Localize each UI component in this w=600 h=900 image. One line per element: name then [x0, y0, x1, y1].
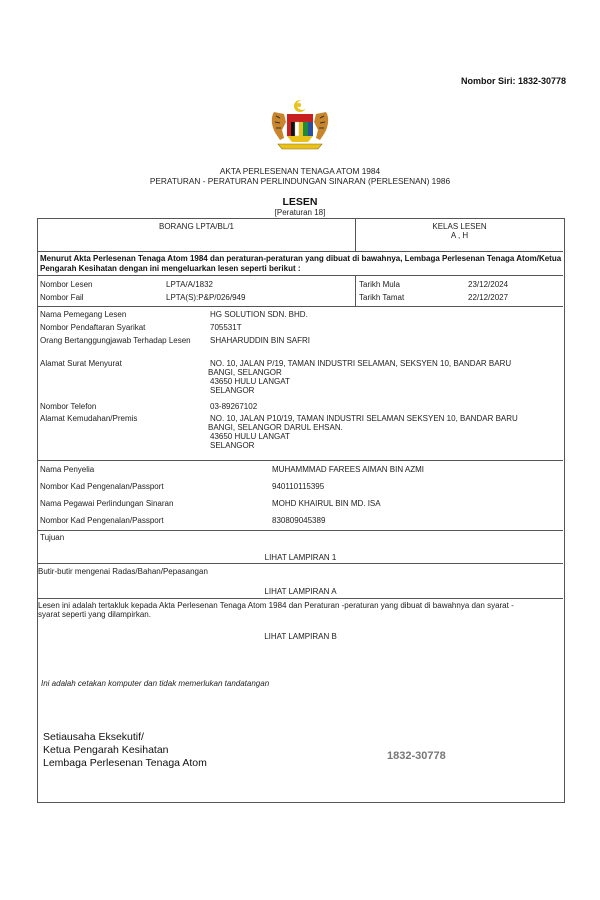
end-date-label: Tarikh Tamat	[359, 293, 404, 302]
holder-name-value: HG SOLUTION SDN. BHD.	[210, 310, 308, 319]
license-class-value: A , H	[356, 231, 563, 240]
serial-stamp: 1832-30778	[387, 750, 446, 762]
rpo-label: Nama Pegawai Perlindungan Sinaran	[40, 499, 173, 508]
conditions-text: Lesen ini adalah tertakluk kepada Akta P…	[38, 601, 514, 610]
phone-value: 03-89267102	[210, 402, 257, 411]
company-reg-value: 705531T	[210, 323, 242, 332]
premise-address-line: SELANGOR	[210, 441, 254, 450]
premise-address-line: 43650 HULU LANGAT	[210, 432, 290, 441]
license-class-label: KELAS LESEN	[356, 222, 563, 231]
signatory-line: Setiausaha Eksekutif/	[43, 731, 207, 744]
supervisor-id-value: 940110115395	[272, 482, 324, 491]
responsible-person-value: SHAHARUDDIN BIN SAFRI	[210, 336, 310, 345]
form-code: BORANG LPTA/BL/1	[38, 222, 355, 231]
regulation-title: PERATURAN - PERATURAN PERLINDUNGAN SINAR…	[0, 176, 600, 186]
supervisor-id-label: Nombor Kad Pengenalan/Passport	[40, 482, 164, 491]
preamble-text: Menurut Akta Perlesenan Tenaga Atom 1984…	[40, 254, 562, 274]
conditions-value: LIHAT LAMPIRAN B	[38, 632, 563, 641]
conditions-text: syarat seperti yang dilampirkan.	[38, 610, 151, 619]
responsible-person-label: Orang Bertanggungjawab Terhadap Lesen	[40, 336, 191, 345]
file-number-value: LPTA(S):P&P/026/949	[166, 293, 245, 302]
start-date-value: 23/12/2024	[468, 280, 508, 289]
signatory-line: Lembaga Perlesenan Tenaga Atom	[43, 757, 207, 770]
company-reg-label: Nombor Pendaftaran Syarikat	[40, 323, 145, 332]
malaysia-coat-of-arms-icon	[268, 98, 332, 152]
act-title: AKTA PERLESENAN TENAGA ATOM 1984	[0, 166, 600, 176]
premise-address-line: BANGI, SELANGOR DARUL EHSAN.	[208, 423, 343, 432]
apparatus-value: LIHAT LAMPIRAN A	[38, 587, 563, 596]
purpose-label: Tujuan	[40, 533, 64, 542]
premise-address-line: NO. 10, JALAN P10/19, TAMAN INDUSTRI SEL…	[210, 414, 518, 423]
mailing-address-line: SELANGOR	[210, 386, 254, 395]
license-number-value: LPTA/A/1832	[166, 280, 213, 289]
phone-label: Nombor Telefon	[40, 402, 96, 411]
end-date-value: 22/12/2027	[468, 293, 508, 302]
mailing-address-line: BANGI, SELANGOR	[208, 368, 282, 377]
document-subtitle: [Peraturan 18]	[0, 208, 600, 217]
apparatus-label: Butir-butir mengenai Radas/Bahan/Pepasan…	[38, 567, 208, 576]
mailing-address-line: NO. 10, JALAN P/19, TAMAN INDUSTRI SELAM…	[210, 359, 511, 368]
license-number-label: Nombor Lesen	[40, 280, 92, 289]
serial-number: Nombor Siri: 1832-30778	[461, 76, 566, 86]
rpo-value: MOHD KHAIRUL BIN MD. ISA	[272, 499, 381, 508]
signatory-block: Setiausaha Eksekutif/ Ketua Pengarah Kes…	[43, 731, 207, 770]
file-number-label: Nombor Fail	[40, 293, 84, 302]
document-title: LESEN	[0, 196, 600, 208]
mailing-address-label: Alamat Surat Menyurat	[40, 359, 122, 368]
mailing-address-line: 43650 HULU LANGAT	[210, 377, 290, 386]
premise-address-label: Alamat Kemudahan/Premis	[40, 414, 137, 423]
supervisor-label: Nama Penyelia	[40, 465, 94, 474]
start-date-label: Tarikh Mula	[359, 280, 400, 289]
signatory-line: Ketua Pengarah Kesihatan	[43, 744, 207, 757]
rpo-id-value: 830809045389	[272, 516, 325, 525]
rpo-id-label: Nombor Kad Pengenalan/Passport	[40, 516, 164, 525]
supervisor-value: MUHAMMMAD FAREES AIMAN BIN AZMI	[272, 465, 424, 474]
license-form: BORANG LPTA/BL/1 KELAS LESEN A , H Menur…	[37, 218, 565, 803]
computer-print-note: Ini adalah cetakan komputer dan tidak me…	[41, 679, 269, 688]
holder-name-label: Nama Pemegang Lesen	[40, 310, 126, 319]
purpose-value: LIHAT LAMPIRAN 1	[38, 553, 563, 562]
